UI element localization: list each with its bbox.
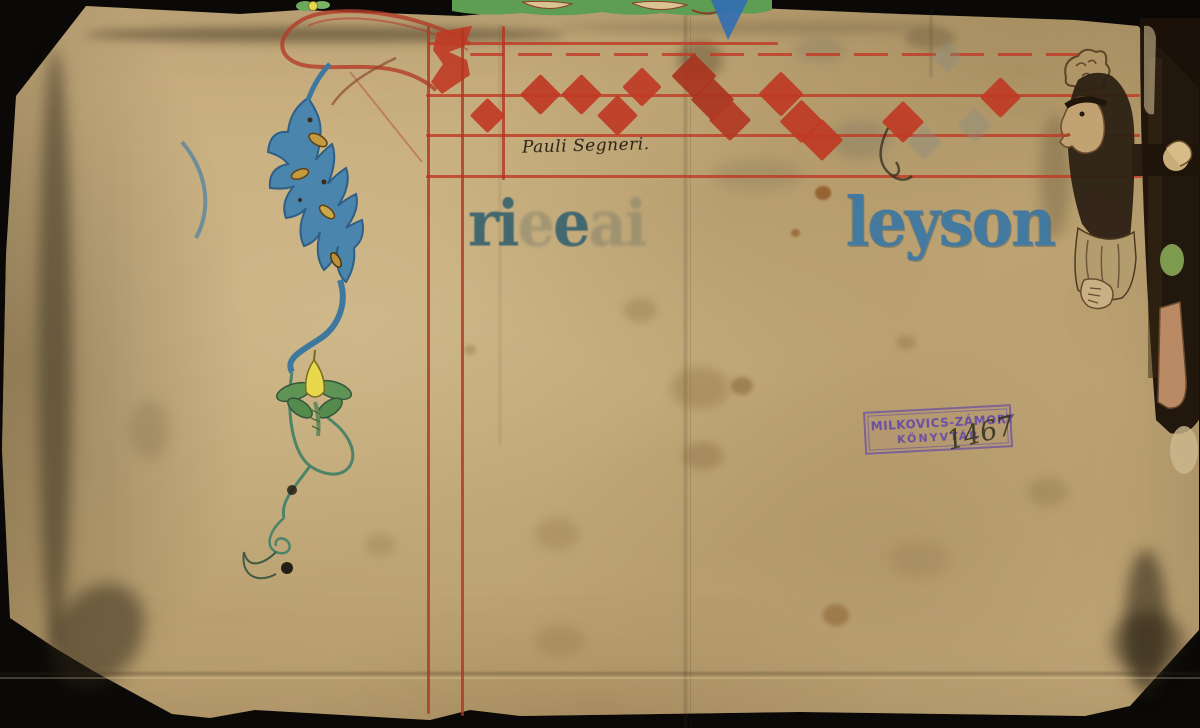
figure-lips xyxy=(1060,134,1070,136)
chant-letter: e xyxy=(553,186,589,261)
leaf-spot-1 xyxy=(308,118,313,123)
acanthus-ornament xyxy=(230,60,380,600)
lower-stem xyxy=(283,466,310,518)
flower-bud xyxy=(306,360,325,397)
leaf-spot-2 xyxy=(322,180,327,185)
staff-line xyxy=(426,175,1142,178)
squiggle-path xyxy=(881,128,912,180)
chant-text-blue: leyson xyxy=(846,190,1054,257)
manuscript-scan: Pauli Segneri. rieeai leyson MILKOVICS-Z… xyxy=(0,0,1200,728)
ink-squiggle xyxy=(870,120,920,190)
staff-line xyxy=(428,42,778,45)
clef-flourish xyxy=(425,20,485,100)
flower-stalk xyxy=(315,402,319,436)
border-foliage-green xyxy=(1160,244,1184,276)
staff-line xyxy=(470,53,1082,56)
hooded-figure-and-border xyxy=(1048,18,1200,523)
terminal-dot xyxy=(281,562,293,574)
star-flower xyxy=(274,350,353,436)
border-top-sliver xyxy=(1144,26,1156,115)
tail-curve xyxy=(243,552,276,578)
staff-vertical-rule xyxy=(502,26,505,180)
leaf-spot-3 xyxy=(298,198,302,202)
main-stem xyxy=(290,280,342,372)
stem-ink-blot xyxy=(287,485,297,495)
chant-letter: ri xyxy=(468,186,518,261)
spiral-curl xyxy=(270,518,290,553)
leaf-top-stem xyxy=(308,64,330,100)
figure-eye xyxy=(1080,112,1085,117)
tiny-flower xyxy=(296,1,330,11)
border-foliage-bottom xyxy=(1170,426,1198,474)
blue-arc xyxy=(182,142,205,238)
bud-tip xyxy=(314,350,315,360)
staff-vertical-rule xyxy=(427,26,430,714)
staff-vertical-rule xyxy=(461,28,464,716)
chant-text-faded: rieeai xyxy=(468,192,645,256)
chant-letter: e xyxy=(518,186,554,261)
chant-letter: ai xyxy=(589,186,646,261)
border-foliage-salmon xyxy=(1158,302,1186,408)
owner-inscription: Pauli Segneri. xyxy=(522,134,650,157)
clef-flag xyxy=(431,26,472,94)
acanthus-leaf xyxy=(268,98,363,282)
